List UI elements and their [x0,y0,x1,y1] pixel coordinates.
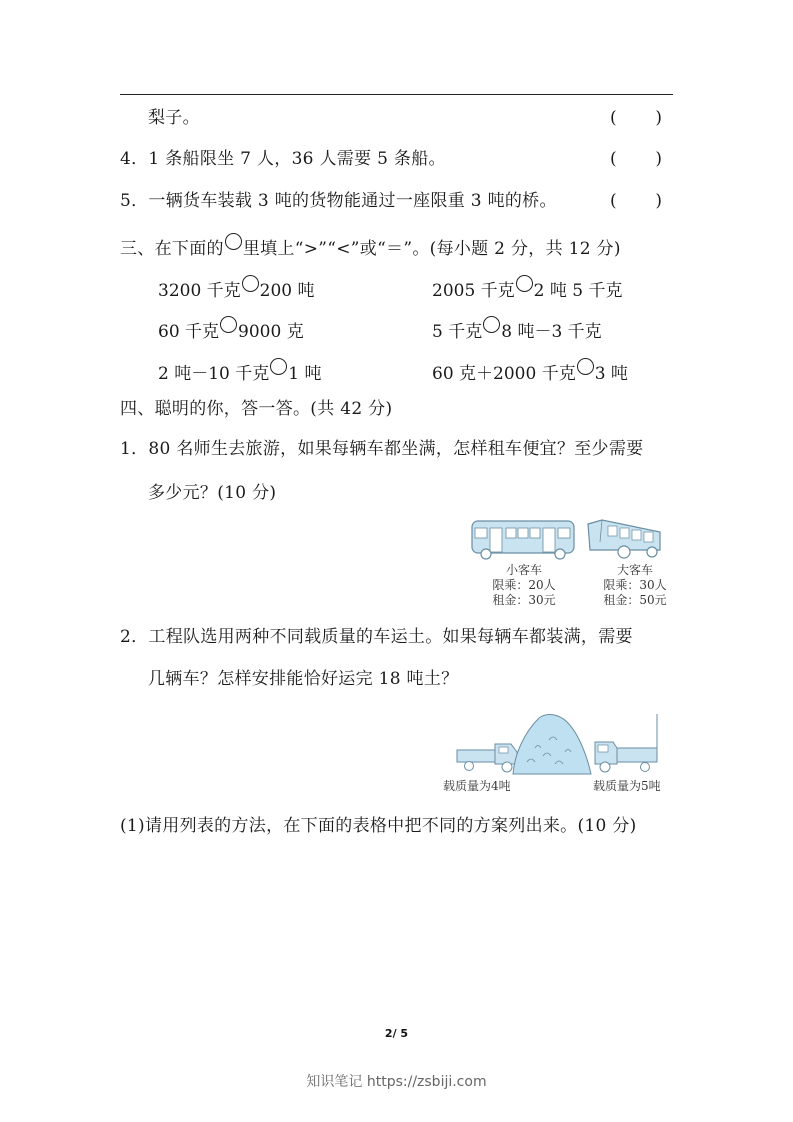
comparison-1: 3200 千克200 吨 [158,275,315,302]
small-bus-capacity: 限乘：20人 [470,578,578,593]
circle-icon [225,233,242,250]
paren-open: ( [610,190,617,212]
comparison-3: 60 千克9000 克 [158,316,304,343]
judge-item-3-tail: 梨子。 [148,107,200,129]
answer-paren-3[interactable]: ( ) [610,107,662,129]
q1-line2: 多少元？(10 分) [148,482,276,504]
answer-paren-4[interactable]: ( ) [610,148,662,170]
answer-circle[interactable] [483,316,500,333]
section3-heading: 三、在下面的里填上“>”“<”或“＝”。(每小题 2 分，共 12 分) [120,233,621,260]
truck-5t-caption: 载质量为5吨 [593,779,661,794]
item-number: 5． [120,191,148,211]
q1-number: 1． [120,439,148,459]
q1-line1: 1．80 名师生去旅游，如果每辆车都坐满，怎样租车便宜？至少需要 [120,438,643,460]
big-bus-caption: 大客车 限乘：30人 租金：50元 [594,563,676,608]
big-bus-capacity: 限乘：30人 [594,578,676,593]
item-text: 1 条船限坐 7 人，36 人需要 5 条船。 [148,149,445,169]
cmp-left: 60 克＋2000 千克 [432,364,576,384]
paren-close: ) [655,107,662,129]
item-number: 4． [120,149,148,169]
judge-item-4: 4．1 条船限坐 7 人，36 人需要 5 条船。 [120,148,446,170]
item-text: 一辆货车装载 3 吨的货物能通过一座限重 3 吨的桥。 [148,191,556,211]
paren-open: ( [610,148,617,170]
cmp-right: 9000 克 [238,322,304,342]
small-bus-name: 小客车 [470,563,578,578]
answer-circle[interactable] [577,358,594,375]
answer-circle[interactable] [270,358,287,375]
paren-open: ( [610,107,617,129]
q2-line2: 几辆车？怎样安排能恰好运完 18 吨土？ [148,668,458,690]
trucks-soil-illustration [455,712,660,778]
q2-text: 工程队选用两种不同载质量的车运土。如果每辆车都装满，需要 [148,627,632,647]
cmp-left: 60 千克 [158,322,219,342]
heading-suffix: 里填上“>”“<”或“＝”。(每小题 2 分，共 12 分) [243,239,621,259]
small-bus-rent: 租金：30元 [470,593,578,608]
big-bus-name: 大客车 [594,563,676,578]
answer-circle[interactable] [516,275,533,292]
big-bus-rent: 租金：50元 [594,593,676,608]
paren-close: ) [655,190,662,212]
q2-number: 2． [120,627,148,647]
comparison-5: 2 吨－10 千克1 吨 [158,358,322,385]
section4-heading: 四、聪明的你，答一答。(共 42 分) [120,398,392,420]
cmp-left: 3200 千克 [158,281,241,301]
cmp-right: 1 吨 [288,364,321,384]
answer-paren-5[interactable]: ( ) [610,190,662,212]
truck-4t-caption: 载质量为4吨 [443,779,511,794]
answer-circle[interactable] [242,275,259,292]
small-bus-illustration [470,518,578,562]
paren-close: ) [655,148,662,170]
cmp-right: 8 吨－3 千克 [501,322,601,342]
cmp-left: 5 千克 [432,322,482,342]
q2-line1: 2．工程队选用两种不同载质量的车运土。如果每辆车都装满，需要 [120,626,633,648]
big-bus-illustration [582,516,664,562]
heading-prefix: 三、在下面的 [120,239,224,259]
header-rule [120,94,673,95]
comparison-4: 5 千克8 吨－3 千克 [432,316,602,343]
footer-watermark: 知识笔记 https://zsbiji.com [0,1071,793,1091]
cmp-right: 2 吨 5 千克 [534,281,623,301]
cmp-left: 2 吨－10 千克 [158,364,269,384]
answer-circle[interactable] [220,316,237,333]
comparison-6: 60 克＋2000 千克3 吨 [432,358,628,385]
judge-item-5: 5．一辆货车装载 3 吨的货物能通过一座限重 3 吨的桥。 [120,190,557,212]
small-bus-caption: 小客车 限乘：20人 租金：30元 [470,563,578,608]
page-number: 2/ 5 [0,1027,793,1040]
q1-text: 80 名师生去旅游，如果每辆车都坐满，怎样租车便宜？至少需要 [148,439,643,459]
cmp-right: 200 吨 [260,281,315,301]
comparison-2: 2005 千克2 吨 5 千克 [432,275,623,302]
q2-sub1: (1)请用列表的方法，在下面的表格中把不同的方案列出来。(10 分) [120,815,637,837]
cmp-right: 3 吨 [595,364,628,384]
cmp-left: 2005 千克 [432,281,515,301]
